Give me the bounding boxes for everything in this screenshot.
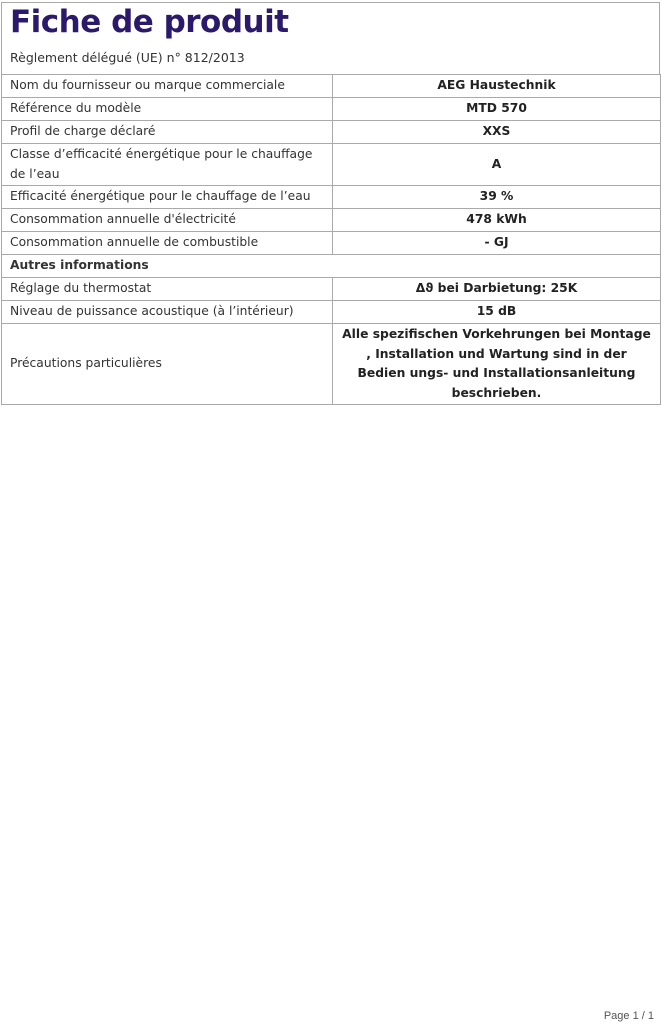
table-row: Réglage du thermostat Δϑ bei Darbietung:…: [2, 278, 661, 301]
row-value: - GJ: [333, 232, 661, 255]
row-label: Nom du fournisseur ou marque commerciale: [2, 75, 333, 98]
row-value: 39 %: [333, 186, 661, 209]
table-row: Niveau de puissance acoustique (à l’inté…: [2, 301, 661, 324]
product-fiche-table: Nom du fournisseur ou marque commerciale…: [1, 74, 661, 405]
row-value: Alle spezifischen Vorkehrungen bei Monta…: [333, 324, 661, 405]
table-row: Classe d’efficacité énergétique pour le …: [2, 144, 661, 186]
row-value: MTD 570: [333, 98, 661, 121]
section-heading-other-info: Autres informations: [2, 255, 661, 278]
regulation-subtitle: Règlement délégué (UE) n° 812/2013: [10, 50, 245, 66]
table-row: Référence du modèle MTD 570: [2, 98, 661, 121]
section-row: Autres informations: [2, 255, 661, 278]
row-value: XXS: [333, 121, 661, 144]
table-row: Consommation annuelle de combustible - G…: [2, 232, 661, 255]
row-label: Profil de charge déclaré: [2, 121, 333, 144]
table-row: Nom du fournisseur ou marque commerciale…: [2, 75, 661, 98]
row-value: 15 dB: [333, 301, 661, 324]
row-value: AEG Haustechnik: [333, 75, 661, 98]
row-value: Δϑ bei Darbietung: 25K: [333, 278, 661, 301]
table-row: Précautions particulières Alle spezifisc…: [2, 324, 661, 405]
row-label: Réglage du thermostat: [2, 278, 333, 301]
page-title: Fiche de produit: [10, 4, 289, 40]
row-label: Précautions particulières: [2, 324, 333, 405]
page-number: Page 1 / 1: [604, 1010, 654, 1022]
row-label: Référence du modèle: [2, 98, 333, 121]
row-label: Niveau de puissance acoustique (à l’inté…: [2, 301, 333, 324]
row-label: Consommation annuelle d'électricité: [2, 209, 333, 232]
table-row: Consommation annuelle d'électricité 478 …: [2, 209, 661, 232]
table-row: Profil de charge déclaré XXS: [2, 121, 661, 144]
row-label: Consommation annuelle de combustible: [2, 232, 333, 255]
row-label: Efficacité énergétique pour le chauffage…: [2, 186, 333, 209]
table-row: Efficacité énergétique pour le chauffage…: [2, 186, 661, 209]
row-value: 478 kWh: [333, 209, 661, 232]
row-value: A: [333, 144, 661, 186]
row-label: Classe d’efficacité énergétique pour le …: [2, 144, 333, 186]
